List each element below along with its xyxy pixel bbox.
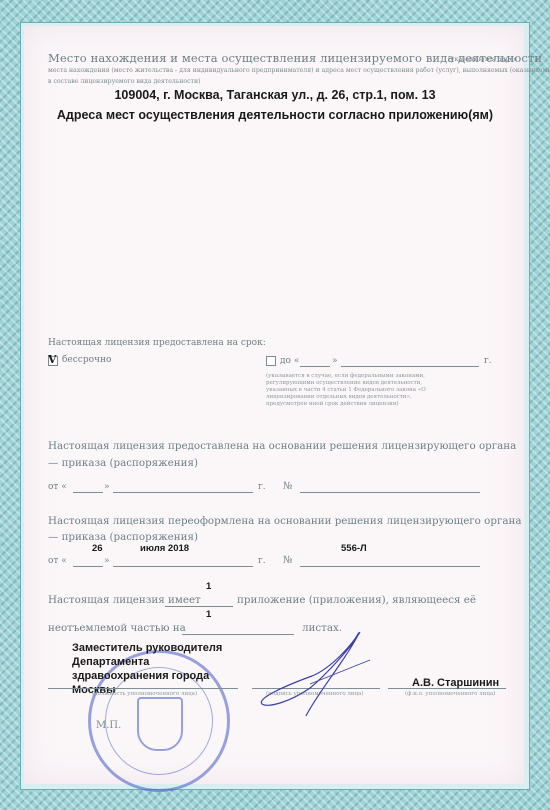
reissued-day: 26 [92,543,103,554]
until-day-line [300,366,330,367]
position-caption: (должность уполномоченного лица) [92,691,197,697]
term-note: (указывается в случае, если федеральными… [266,373,446,408]
until-year: г. [484,356,492,366]
signature-icon [250,620,390,730]
appendix-text-1: Настоящая лицензия имеет [48,594,201,606]
until-checkbox [266,356,276,366]
reissued-from-mid: » [104,556,110,566]
signatory-position-3: здравоохранения города [72,669,209,683]
signatory-name: А.В. Старшинин [412,677,499,689]
granted-from-mid: » [104,482,110,492]
license-address: 109004, г. Москва, Таганская ул., д. 26,… [0,88,550,102]
granted-day-line [73,492,103,493]
granted-text-2: — приказа (распоряжения) [48,457,198,469]
appendix-text-3: неотъемлемой частью на [48,622,186,634]
granted-date-line [113,492,253,493]
signatory-position-1: Заместитель руководителя [72,641,222,655]
reissued-from-prefix: от « [48,556,67,566]
until-date-line [341,366,479,367]
granted-text-1: Настоящая лицензия предоставлена на осно… [48,440,516,452]
granted-year: г. [258,482,266,492]
reissued-year: г. [258,556,266,566]
reissued-number: 556-Л [341,543,367,554]
appendix-count: 1 [206,581,211,592]
reissued-number-line [300,566,480,567]
appendix-count-line [165,606,233,607]
appendix-sheets: 1 [206,609,211,620]
name-caption: (ф.и.о. уполномоченного лица) [405,691,495,697]
until-prefix: до « [280,356,299,366]
position-line [48,688,238,689]
reissued-day-line [73,566,103,567]
location-note-2: места нахождения (место жительства - для… [48,67,550,74]
moscow-coat-of-arms-icon [137,697,183,751]
reissued-number-label: № [283,555,292,566]
signatory-position-2: Департамента [72,655,149,669]
term-label: Настоящая лицензия предоставлена на срок… [48,338,266,348]
check-mark-icon: V [48,353,57,366]
location-note-3: в составе лицензируемого вида деятельнос… [48,78,201,85]
addresses-note: Адреса мест осуществления деятельности с… [0,108,550,122]
location-note-1: (указываются адрес [448,55,517,63]
reissued-text-1: Настоящая лицензия переоформлена на осно… [48,515,521,527]
granted-from-prefix: от « [48,482,67,492]
granted-number-line [300,492,480,493]
seal-label: М.П. [96,720,121,731]
appendix-text-2: приложение (приложения), являющееся её [237,594,476,606]
reissued-text-2: — приказа (распоряжения) [48,531,198,543]
reissued-month-year: июля 2018 [140,543,189,554]
reissued-date-line [113,566,253,567]
until-mid: » [332,356,338,366]
unlimited-label: бессрочно [62,355,111,365]
granted-number-label: № [283,481,292,492]
